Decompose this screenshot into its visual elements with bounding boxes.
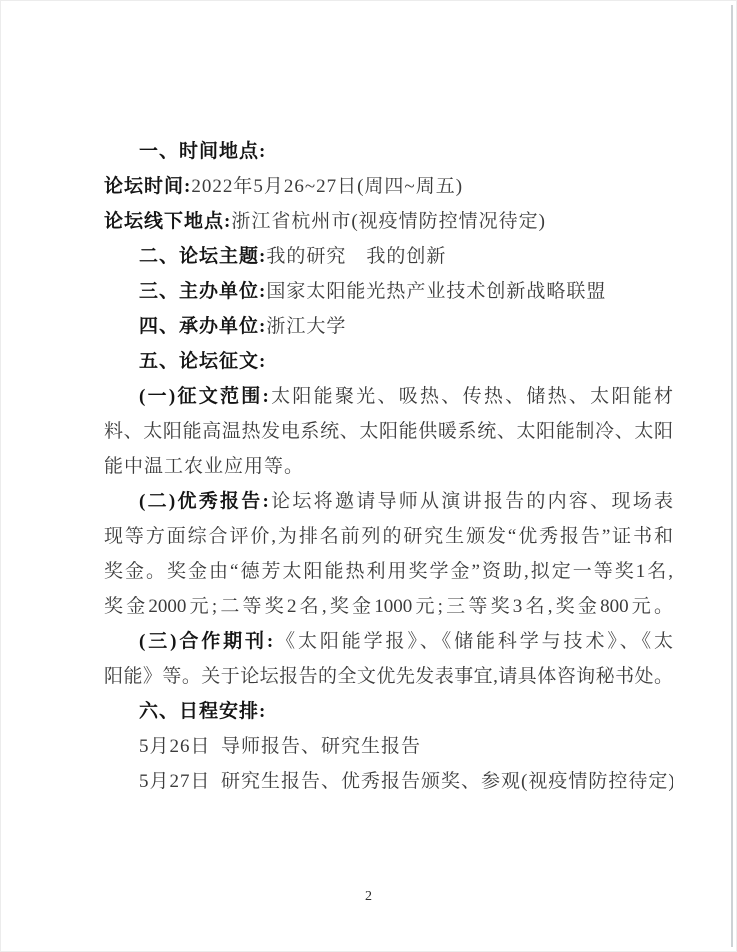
body-text: 能中温工农业应用等。 [104,456,304,477]
document-line: 奖金2000元;二等奖2名,奖金1000元;三等奖3名,奖金800元。 [104,589,673,624]
heading-text: (三)合作期刊: [139,631,273,652]
body-text: 5月26日 导师报告、研究生报告 [139,736,421,757]
heading-text: 论坛时间: [104,176,191,197]
document-line: 论坛时间:2022年5月26~27日(周四~周五) [104,169,673,204]
page-edge-right [731,5,733,947]
body-text: 2022年5月26~27日(周四~周五) [191,176,463,197]
body-text: 论坛将邀请导师从演讲报告的内容、现场表 [269,491,673,512]
heading-text: 六、日程安排: [139,701,266,722]
document-line: 现等方面综合评价,为排名前列的研究生颁发“优秀报告”证书和 [104,519,673,554]
heading-text: 四、承办单位: [139,316,266,337]
heading-text: (二)优秀报告: [139,491,269,512]
document-line: 5月27日 研究生报告、优秀报告颁奖、参观(视疫情防控待定) [104,764,673,799]
body-text: 现等方面综合评价,为排名前列的研究生颁发“优秀报告”证书和 [104,526,673,547]
document-line: 三、主办单位:国家太阳能光热产业技术创新战略联盟 [104,274,673,309]
document-body: 一、时间地点:论坛时间:2022年5月26~27日(周四~周五)论坛线下地点:浙… [104,134,673,799]
document-line: 六、日程安排: [104,694,673,729]
body-text: 《太阳能学报》、《储能科学与技术》、《太 [273,631,673,652]
document-line: (二)优秀报告:论坛将邀请导师从演讲报告的内容、现场表 [104,484,673,519]
body-text: 料、太阳能高温热发电系统、太阳能供暖系统、太阳能制冷、太阳 [104,421,673,442]
heading-text: 一、时间地点: [139,141,266,162]
body-text: 国家太阳能光热产业技术创新战略联盟 [266,281,606,302]
document-line: 料、太阳能高温热发电系统、太阳能供暖系统、太阳能制冷、太阳 [104,414,673,449]
body-text: 5月27日 研究生报告、优秀报告颁奖、参观(视疫情防控待定) [139,771,673,792]
body-text: 太阳能聚光、吸热、传热、储热、太阳能材 [269,386,673,407]
document-line: 一、时间地点: [104,134,673,169]
body-text: 阳能》等。关于论坛报告的全文优先发表事宜,请具体咨询秘书处。 [104,666,673,687]
body-text: 浙江省杭州市(视疫情防控情况待定) [231,211,546,232]
heading-text: 二、论坛主题: [139,246,266,267]
document-line: 阳能》等。关于论坛报告的全文优先发表事宜,请具体咨询秘书处。 [104,659,673,694]
document-line: 论坛线下地点:浙江省杭州市(视疫情防控情况待定) [104,204,673,239]
page-number: 2 [1,887,736,907]
heading-text: 三、主办单位: [139,281,266,302]
heading-text: (一)征文范围: [139,386,269,407]
body-text: 浙江大学 [266,316,346,337]
body-text: 奖金。奖金由“德芳太阳能热利用奖学金”资助,拟定一等奖1名, [104,561,673,582]
body-text: 我的研究 我的创新 [266,246,446,267]
document-line: 四、承办单位:浙江大学 [104,309,673,344]
heading-text: 五、论坛征文: [139,351,266,372]
document-line: (一)征文范围:太阳能聚光、吸热、传热、储热、太阳能材 [104,379,673,414]
document-line: (三)合作期刊:《太阳能学报》、《储能科学与技术》、《太 [104,624,673,659]
document-page: 一、时间地点:论坛时间:2022年5月26~27日(周四~周五)论坛线下地点:浙… [0,0,737,952]
heading-text: 论坛线下地点: [104,211,231,232]
document-line: 奖金。奖金由“德芳太阳能热利用奖学金”资助,拟定一等奖1名, [104,554,673,589]
document-line: 5月26日 导师报告、研究生报告 [104,729,673,764]
body-text: 奖金2000元;二等奖2名,奖金1000元;三等奖3名,奖金800元。 [104,596,673,617]
document-line: 二、论坛主题:我的研究 我的创新 [104,239,673,274]
document-line: 五、论坛征文: [104,344,673,379]
document-line: 能中温工农业应用等。 [104,449,673,484]
